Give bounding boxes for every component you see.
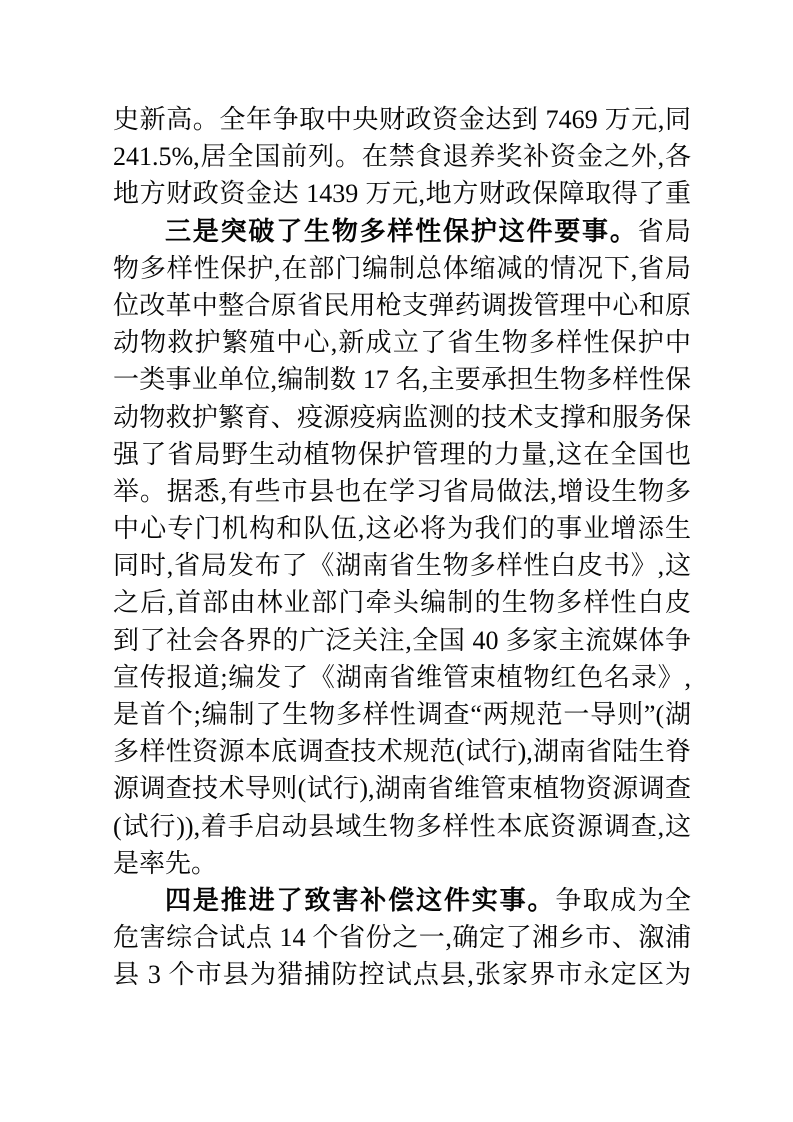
line-text: 同时,省局发布了《湖南省生物多样性白皮书》,这是继云南	[113, 551, 691, 584]
text-line: 到了社会各界的广泛关注,全国 40 多家主流媒体争相进行了	[113, 622, 691, 659]
line-text: 241.5%,居全国前列。在禁食退养奖补资金之外,各地还争取	[113, 142, 691, 175]
text-line: 史新高。全年争取中央财政资金达到 7469 万元,同比增长	[113, 101, 691, 138]
line-text: 一类事业单位,编制数 17 名,主要承担生物多样性保护、野生	[113, 365, 691, 398]
line-text: 举。据悉,有些市县也在学习省局做法,增设生物多样性保护	[113, 477, 691, 510]
line-text: 源调查技术导则(试行),湖南省维管束植物资源调查技术导则	[113, 774, 691, 807]
line-text: 县 3 个市县为猎捕防控试点县,张家界市永定区为商业保险	[113, 960, 691, 993]
line-text: 到了社会各界的广泛关注,全国 40 多家主流媒体争相进行了	[113, 626, 691, 659]
line-text: (试行)),着手启动县域生物多样性本底资源调查,这在全国也	[113, 812, 691, 845]
line-text: 中心专门机构和队伍,这必将为我们的事业增添生机和活力。	[113, 514, 691, 547]
text-line: 强了省局野生动植物保护管理的力量,这在全国也是重要创	[113, 436, 691, 473]
text-line: 动物救护繁殖中心,新成立了省生物多样性保护中心,为公益	[113, 324, 691, 361]
line-text: 是首个;编制了生物多样性调查“两规范一导则”(湖南省生物	[113, 700, 691, 733]
text-line: 之后,首部由林业部门牵头编制的生物多样性白皮书问世,受	[113, 584, 691, 621]
text-line: 同时,省局发布了《湖南省生物多样性白皮书》,这是继云南	[113, 547, 691, 584]
text-line: 源调查技术导则(试行),湖南省维管束植物资源调查技术导则	[113, 770, 691, 807]
text-line: 四是推进了致害补偿这件实事。争取成为全国防控野猪	[113, 882, 691, 919]
text-line: 宣传报道;编发了《湖南省维管束植物红色名录》,这在全国	[113, 659, 691, 696]
line-text: 强了省局野生动植物保护管理的力量,这在全国也是重要创	[113, 440, 691, 473]
text-line: 中心专门机构和队伍,这必将为我们的事业增添生机和活力。	[113, 510, 691, 547]
text-line: 举。据悉,有些市县也在学习省局做法,增设生物多样性保护	[113, 473, 691, 510]
text-line: 位改革中整合原省民用枪支弹药调拨管理中心和原省野生	[113, 287, 691, 324]
text-line: 241.5%,居全国前列。在禁食退养奖补资金之外,各地还争取	[113, 138, 691, 175]
line-text: 史新高。全年争取中央财政资金达到 7469 万元,同比增长	[113, 105, 691, 138]
text-line: (试行)),着手启动县域生物多样性本底资源调查,这在全国也	[113, 808, 691, 845]
line-text: 动物救护繁育、疫源疫病监测的技术支撑和服务保障,有力增	[113, 403, 691, 436]
text-line: 一类事业单位,编制数 17 名,主要承担生物多样性保护、野生	[113, 361, 691, 398]
line-text: 物多样性保护,在部门编制总体缩减的情况下,省局在事业单	[113, 254, 691, 287]
line-text: 宣传报道;编发了《湖南省维管束植物红色名录》,这在全国	[113, 663, 691, 696]
line-text: 是率先。	[113, 849, 217, 878]
line-text: 之后,首部由林业部门牵头编制的生物多样性白皮书问世,受	[113, 588, 691, 621]
text-line: 是率先。	[113, 845, 691, 882]
text-line: 是首个;编制了生物多样性调查“两规范一导则”(湖南省生物	[113, 696, 691, 733]
line-text: 多样性资源本底调查技术规范(试行),湖南省陆生脊椎动物资	[113, 737, 691, 770]
text-line: 危害综合试点 14 个省份之一,确定了湘乡市、溆浦县、石门	[113, 919, 691, 956]
text-line: 物多样性保护,在部门编制总体缩减的情况下,省局在事业单	[113, 250, 691, 287]
document-body: 史新高。全年争取中央财政资金达到 7469 万元,同比增长241.5%,居全国前…	[113, 101, 691, 994]
paragraph-lead-bold: 四是推进了致害补偿这件实事。	[165, 886, 555, 915]
line-text: 位改革中整合原省民用枪支弹药调拨管理中心和原省野生	[113, 291, 691, 324]
line-text: 动物救护繁殖中心,新成立了省生物多样性保护中心,为公益	[113, 328, 691, 361]
text-line: 县 3 个市县为猎捕防控试点县,张家界市永定区为商业保险	[113, 956, 691, 993]
text-line: 动物救护繁育、疫源疫病监测的技术支撑和服务保障,有力增	[113, 399, 691, 436]
text-line: 多样性资源本底调查技术规范(试行),湖南省陆生脊椎动物资	[113, 733, 691, 770]
text-line: 三是突破了生物多样性保护这件要事。省局高度重视生	[113, 213, 691, 250]
line-text: 危害综合试点 14 个省份之一,确定了湘乡市、溆浦县、石门	[113, 923, 691, 956]
line-text: 地方财政资金达 1439 万元,地方财政保障取得了重要进展。	[113, 179, 691, 212]
paragraph-lead-bold: 三是突破了生物多样性保护这件要事。	[165, 217, 638, 246]
document-page: 史新高。全年争取中央财政资金达到 7469 万元,同比增长241.5%,居全国前…	[0, 0, 793, 1122]
text-line: 地方财政资金达 1439 万元,地方财政保障取得了重要进展。	[113, 175, 691, 212]
